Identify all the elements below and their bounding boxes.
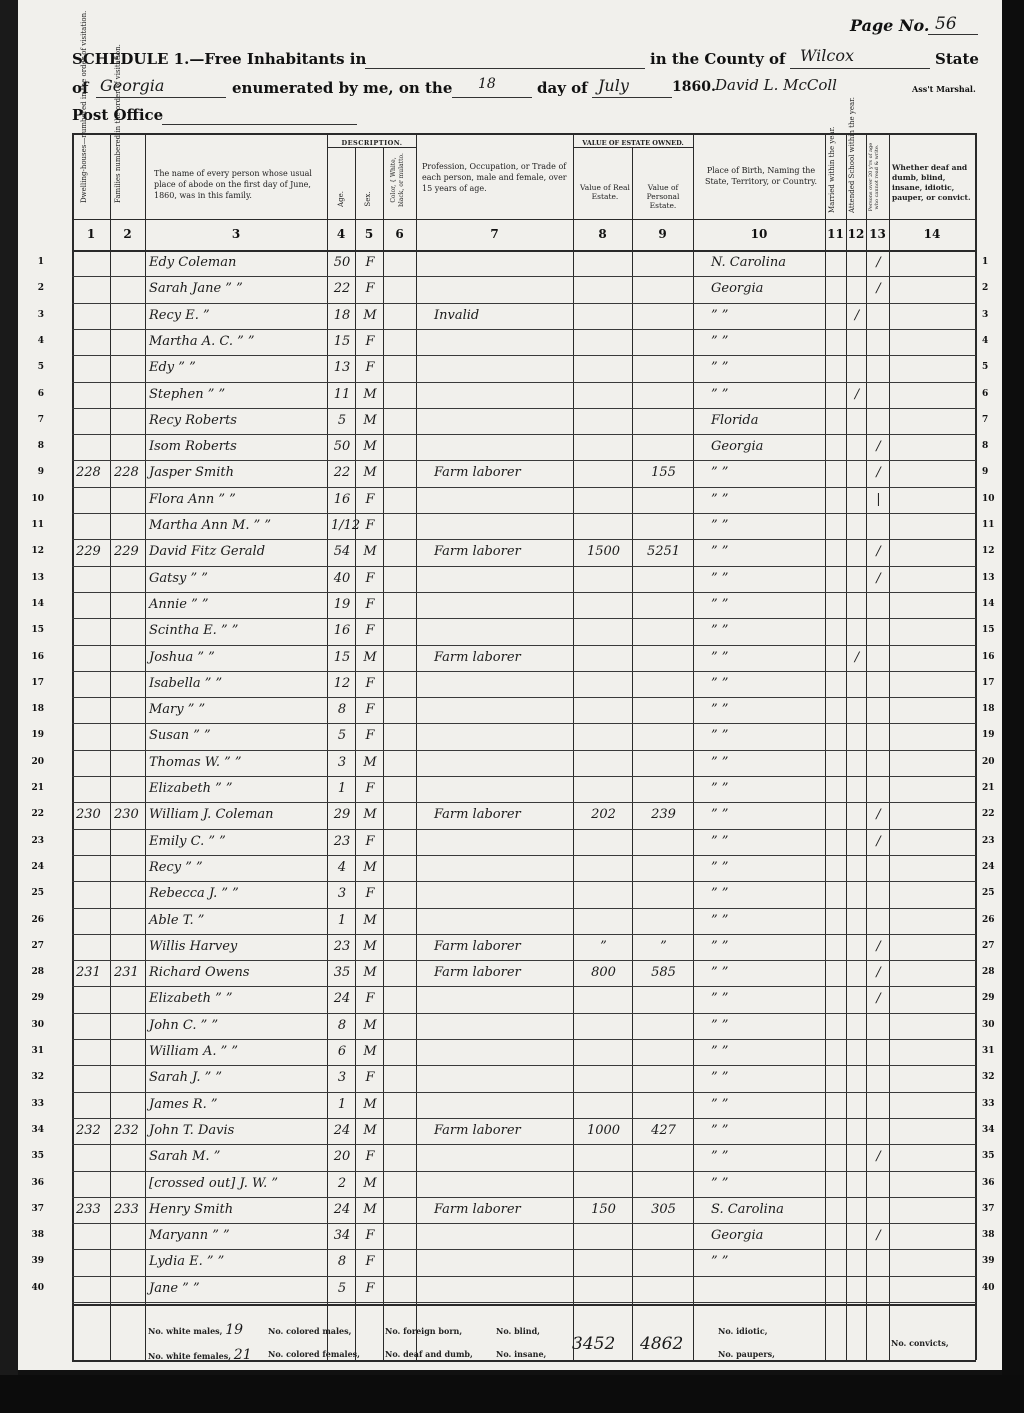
birthplace: ” ” <box>697 728 837 743</box>
row-number-left: 34 <box>24 1125 44 1135</box>
column-number-divider <box>72 250 976 252</box>
sex: F <box>359 623 381 638</box>
row-number-right: 37 <box>982 1204 1002 1214</box>
age: 18 <box>331 308 353 323</box>
row-number-right: 39 <box>982 1256 1002 1266</box>
person-name: Elizabeth ” ” <box>149 781 325 796</box>
row-number-left: 26 <box>24 915 44 925</box>
county-label: in the County of <box>650 50 786 68</box>
age: 5 <box>331 728 353 743</box>
row-number-right: 2 <box>982 283 1002 293</box>
birthplace: ” ” <box>697 492 837 507</box>
sex: F <box>359 1254 381 1269</box>
header-color: Color, { White, black, or mulatto. <box>390 149 406 211</box>
school-mark: / <box>850 308 864 323</box>
age: 20 <box>331 1149 353 1164</box>
person-name: John C. ” ” <box>149 1018 325 1033</box>
birthplace: ” ” <box>697 623 837 638</box>
row-number-right: 13 <box>982 573 1002 583</box>
person-name: Scintha E. ” ” <box>149 623 325 638</box>
personal-estate-total: 4862 <box>640 1334 683 1354</box>
blind-label: No. blind, <box>496 1326 540 1336</box>
person-name: Edy ” ” <box>149 360 325 375</box>
column-divider <box>846 133 847 1360</box>
scan-border-left <box>0 0 18 1413</box>
illiterate-mark: / <box>870 465 887 480</box>
dwelling-number: 232 <box>76 1123 108 1138</box>
header-dwelling: Dwelling-houses—numbered in the order of… <box>80 138 88 203</box>
age: 1 <box>331 913 353 928</box>
row-number-right: 14 <box>982 599 1002 609</box>
occupation: Farm laborer <box>420 939 585 954</box>
row-number-right: 18 <box>982 704 1002 714</box>
birthplace: ” ” <box>697 1044 837 1059</box>
illiterate-mark: / <box>870 1228 887 1243</box>
column-number: 2 <box>110 227 145 241</box>
sex: M <box>359 1097 381 1112</box>
row-number-right: 3 <box>982 310 1002 320</box>
person-name: Annie ” ” <box>149 597 325 612</box>
row-number-right: 10 <box>982 494 1002 504</box>
row-number-left: 37 <box>24 1204 44 1214</box>
person-name: Sarah J. ” ” <box>149 1070 325 1085</box>
row-number-left: 25 <box>24 888 44 898</box>
white-males-label: No. white males, 19 <box>148 1322 243 1338</box>
county-value: Wilcox <box>800 46 854 65</box>
white-females-label-text: No. white females, <box>148 1351 231 1361</box>
real-estate-value: ” <box>577 939 630 954</box>
age: 54 <box>331 544 353 559</box>
sex: M <box>359 860 381 875</box>
header-personal-estate: Value of Personal Estate. <box>634 183 692 210</box>
row-divider <box>72 460 976 461</box>
row-number-right: 30 <box>982 1020 1002 1030</box>
sex: F <box>359 518 381 533</box>
person-name: Jane ” ” <box>149 1281 325 1296</box>
birthplace: ” ” <box>697 781 837 796</box>
column-divider <box>110 133 111 1360</box>
sex: M <box>359 465 381 480</box>
month-value: July <box>598 76 629 95</box>
real-estate-value: 150 <box>577 1202 630 1217</box>
row-number-left: 13 <box>24 573 44 583</box>
header-illiterate: Persons over 20 y'rs of age who cannot r… <box>868 141 880 213</box>
row-number-right: 24 <box>982 862 1002 872</box>
row-divider <box>72 776 976 777</box>
row-divider <box>72 303 976 304</box>
sex: M <box>359 387 381 402</box>
row-number-right: 26 <box>982 915 1002 925</box>
person-name: Isabella ” ” <box>149 676 325 691</box>
personal-estate-value: ” <box>636 939 691 954</box>
day-underline <box>452 97 532 98</box>
sex: M <box>359 1044 381 1059</box>
age: 19 <box>331 597 353 612</box>
column-number: 1 <box>72 227 110 241</box>
age: 5 <box>331 1281 353 1296</box>
header-married: Married within the year. <box>828 141 836 213</box>
occupation: Invalid <box>420 308 585 323</box>
row-number-right: 21 <box>982 783 1002 793</box>
row-number-right: 15 <box>982 625 1002 635</box>
person-name: Martha Ann M. ” ” <box>149 518 325 533</box>
row-divider <box>72 934 976 935</box>
sex: F <box>359 991 381 1006</box>
row-divider <box>72 908 976 909</box>
row-divider <box>72 513 976 514</box>
age: 1 <box>331 781 353 796</box>
real-estate-value: 1000 <box>577 1123 630 1138</box>
age: 22 <box>331 281 353 296</box>
row-divider <box>72 487 976 488</box>
sex: F <box>359 886 381 901</box>
header-disability: Whether deaf and dumb, blind, insane, id… <box>892 163 974 203</box>
row-number-right: 38 <box>982 1230 1002 1240</box>
description-group-divider <box>327 147 416 148</box>
row-number-right: 16 <box>982 652 1002 662</box>
age: 15 <box>331 334 353 349</box>
family-number: 232 <box>114 1123 143 1138</box>
dwelling-number: 229 <box>76 544 108 559</box>
census-table: Dwelling-houses—numbered in the order of… <box>72 133 976 1366</box>
age: 11 <box>331 387 353 402</box>
birthplace: ” ” <box>697 334 837 349</box>
person-name: Sarah Jane ” ” <box>149 281 325 296</box>
row-number-right: 17 <box>982 678 1002 688</box>
birthplace: ” ” <box>697 544 837 559</box>
age: 24 <box>331 1202 353 1217</box>
row-divider <box>72 671 976 672</box>
row-number-right: 12 <box>982 546 1002 556</box>
row-number-right: 40 <box>982 1283 1002 1293</box>
row-divider <box>72 750 976 751</box>
row-number-right: 6 <box>982 389 1002 399</box>
row-number-right: 28 <box>982 967 1002 977</box>
sex: M <box>359 965 381 980</box>
row-divider <box>72 1276 976 1277</box>
white-males-label-text: No. white males, <box>148 1326 222 1336</box>
age: 34 <box>331 1228 353 1243</box>
birthplace: ” ” <box>697 360 837 375</box>
header-age: Age. <box>337 187 345 211</box>
age: 29 <box>331 807 353 822</box>
birthplace: ” ” <box>697 1018 837 1033</box>
row-divider <box>72 1197 976 1198</box>
row-divider <box>72 408 976 409</box>
age: 8 <box>331 1018 353 1033</box>
row-number-left: 17 <box>24 678 44 688</box>
person-name: Susan ” ” <box>149 728 325 743</box>
row-number-left: 38 <box>24 1230 44 1240</box>
column-number: 14 <box>889 227 975 241</box>
white-females-label: No. white females, 21 <box>148 1347 252 1363</box>
row-number-left: 9 <box>24 467 44 477</box>
row-number-right: 20 <box>982 757 1002 767</box>
footer-top-border <box>72 1304 976 1306</box>
header-sex: Sex. <box>364 187 372 211</box>
family-number: 229 <box>114 544 143 559</box>
row-divider <box>72 539 976 540</box>
birthplace: Florida <box>697 413 837 428</box>
age: 15 <box>331 650 353 665</box>
birthplace: Georgia <box>697 1228 837 1243</box>
white-males-value: 19 <box>225 1322 243 1338</box>
row-number-right: 22 <box>982 809 1002 819</box>
column-number: 12 <box>846 227 866 241</box>
row-number-right: 5 <box>982 362 1002 372</box>
illiterate-mark: / <box>870 281 887 296</box>
year-value: 1860. <box>672 79 716 95</box>
row-divider <box>72 1092 976 1093</box>
sex: M <box>359 413 381 428</box>
birthplace: ” ” <box>697 834 837 849</box>
birthplace: ” ” <box>697 1176 837 1191</box>
page-number-underline <box>928 34 978 35</box>
state-label: State <box>935 50 979 68</box>
enumerated-label: enumerated by me, on the <box>232 79 452 97</box>
age: 50 <box>331 439 353 454</box>
occupation: Farm laborer <box>420 544 585 559</box>
row-number-left: 1 <box>24 257 44 267</box>
state-value: Georgia <box>100 76 164 95</box>
month-underline <box>592 97 672 98</box>
person-name: Edy Coleman <box>149 255 325 270</box>
row-number-right: 35 <box>982 1151 1002 1161</box>
illiterate-mark: / <box>870 439 887 454</box>
person-name: John T. Davis <box>149 1123 325 1138</box>
dwelling-number: 228 <box>76 465 108 480</box>
sex: F <box>359 360 381 375</box>
column-number: 11 <box>825 227 846 241</box>
row-number-right: 11 <box>982 520 1002 530</box>
column-divider <box>72 133 74 1360</box>
age: 6 <box>331 1044 353 1059</box>
sex: F <box>359 834 381 849</box>
dwelling-number: 230 <box>76 807 108 822</box>
row-divider <box>72 1302 976 1303</box>
birthplace: ” ” <box>697 965 837 980</box>
row-number-right: 8 <box>982 441 1002 451</box>
row-number-left: 8 <box>24 441 44 451</box>
birthplace: ” ” <box>697 1149 837 1164</box>
marshal-name: David L. McColl <box>715 76 837 94</box>
row-number-right: 31 <box>982 1046 1002 1056</box>
age: 12 <box>331 676 353 691</box>
row-number-left: 5 <box>24 362 44 372</box>
row-divider <box>72 1171 976 1172</box>
age: 3 <box>331 755 353 770</box>
age: 2 <box>331 1176 353 1191</box>
sex: M <box>359 1202 381 1217</box>
age: 40 <box>331 571 353 586</box>
person-name: Sarah M. ” <box>149 1149 325 1164</box>
age: 1/12 <box>331 518 353 533</box>
row-number-left: 18 <box>24 704 44 714</box>
birthplace: S. Carolina <box>697 1202 837 1217</box>
estate-group-divider <box>573 147 693 148</box>
sex: M <box>359 755 381 770</box>
birthplace: ” ” <box>697 1123 837 1138</box>
birthplace: N. Carolina <box>697 255 837 270</box>
person-name: Recy ” ” <box>149 860 325 875</box>
column-number: 5 <box>355 227 383 241</box>
personal-estate-value: 5251 <box>636 544 691 559</box>
column-number: 10 <box>693 227 825 241</box>
illiterate-mark: / <box>870 807 887 822</box>
birthplace: Georgia <box>697 439 837 454</box>
personal-estate-value: 239 <box>636 807 691 822</box>
illiterate-mark: / <box>870 1149 887 1164</box>
row-divider <box>72 645 976 646</box>
row-number-left: 29 <box>24 993 44 1003</box>
person-name: Emily C. ” ” <box>149 834 325 849</box>
birthplace: ” ” <box>697 702 837 717</box>
row-divider <box>72 566 976 567</box>
sex: M <box>359 1176 381 1191</box>
sex: F <box>359 597 381 612</box>
page-number: 56 <box>935 14 957 34</box>
sex: M <box>359 807 381 822</box>
person-name: Willis Harvey <box>149 939 325 954</box>
person-name: Jasper Smith <box>149 465 325 480</box>
person-name: Recy Roberts <box>149 413 325 428</box>
row-divider <box>72 276 976 277</box>
sex: F <box>359 1281 381 1296</box>
person-name: Stephen ” ” <box>149 387 325 402</box>
person-name: Isom Roberts <box>149 439 325 454</box>
school-mark: / <box>850 650 864 665</box>
family-number: 233 <box>114 1202 143 1217</box>
age: 22 <box>331 465 353 480</box>
row-number-right: 36 <box>982 1178 1002 1188</box>
row-divider <box>72 1144 976 1145</box>
birthplace: ” ” <box>697 676 837 691</box>
sex: F <box>359 281 381 296</box>
sex: F <box>359 728 381 743</box>
row-number-left: 30 <box>24 1020 44 1030</box>
row-number-right: 9 <box>982 467 1002 477</box>
column-divider <box>145 133 146 1360</box>
person-name: [crossed out] J. W. ” <box>149 1176 325 1191</box>
row-number-left: 40 <box>24 1283 44 1293</box>
row-divider <box>72 829 976 830</box>
row-divider <box>72 1013 976 1014</box>
row-number-left: 35 <box>24 1151 44 1161</box>
row-number-left: 7 <box>24 415 44 425</box>
row-number-left: 15 <box>24 625 44 635</box>
birthplace: ” ” <box>697 939 837 954</box>
person-name: James R. ” <box>149 1097 325 1112</box>
row-divider <box>72 1223 976 1224</box>
age: 23 <box>331 834 353 849</box>
header-name: The name of every person whose usual pla… <box>154 168 324 201</box>
person-name: Gatsy ” ” <box>149 571 325 586</box>
school-mark: / <box>850 387 864 402</box>
row-divider <box>72 434 976 435</box>
row-number-left: 4 <box>24 336 44 346</box>
birthplace: ” ” <box>697 308 837 323</box>
occupation: Farm laborer <box>420 1202 585 1217</box>
person-name: William A. ” ” <box>149 1044 325 1059</box>
deaf-dumb-label: No. deaf and dumb, <box>385 1349 473 1359</box>
sex: F <box>359 571 381 586</box>
row-divider <box>72 986 976 987</box>
age: 3 <box>331 886 353 901</box>
age: 4 <box>331 860 353 875</box>
white-females-value: 21 <box>234 1347 252 1363</box>
sex: F <box>359 1149 381 1164</box>
sex: F <box>359 492 381 507</box>
row-divider <box>72 1249 976 1250</box>
illiterate-mark: / <box>870 571 887 586</box>
column-divider <box>693 133 694 1360</box>
birthplace: ” ” <box>697 571 837 586</box>
row-number-left: 31 <box>24 1046 44 1056</box>
sex: F <box>359 1228 381 1243</box>
convicts-label: No. convicts, <box>891 1338 949 1348</box>
row-number-left: 21 <box>24 783 44 793</box>
birthplace: ” ” <box>697 650 837 665</box>
person-name: Able T. ” <box>149 913 325 928</box>
row-number-right: 7 <box>982 415 1002 425</box>
sex: F <box>359 334 381 349</box>
county-underline <box>790 68 930 69</box>
age: 50 <box>331 255 353 270</box>
sex: F <box>359 1070 381 1085</box>
person-name: Lydia E. ” ” <box>149 1254 325 1269</box>
row-divider <box>72 329 976 330</box>
header-real-estate: Value of Real Estate. <box>578 183 632 201</box>
column-number: 6 <box>383 227 416 241</box>
page-number-label: Page No. <box>850 16 930 35</box>
birthplace: ” ” <box>697 807 837 822</box>
colored-females-label: No. colored females, <box>268 1349 360 1359</box>
sex: M <box>359 1018 381 1033</box>
sex: M <box>359 544 381 559</box>
person-name: William J. Coleman <box>149 807 325 822</box>
illiterate-mark: / <box>870 991 887 1006</box>
row-number-left: 3 <box>24 310 44 320</box>
person-name: Mary ” ” <box>149 702 325 717</box>
family-number: 231 <box>114 965 143 980</box>
table-top-border <box>72 133 976 135</box>
age: 16 <box>331 623 353 638</box>
row-number-right: 29 <box>982 993 1002 1003</box>
age: 24 <box>331 991 353 1006</box>
row-number-right: 1 <box>982 257 1002 267</box>
occupation: Farm laborer <box>420 807 585 822</box>
row-number-left: 20 <box>24 757 44 767</box>
person-name: Rebecca J. ” ” <box>149 886 325 901</box>
illiterate-mark: / <box>870 834 887 849</box>
column-number: 4 <box>327 227 355 241</box>
family-number: 230 <box>114 807 143 822</box>
row-divider <box>72 697 976 698</box>
person-name: David Fitz Gerald <box>149 544 325 559</box>
birthplace: ” ” <box>697 1097 837 1112</box>
person-name: Thomas W. ” ” <box>149 755 325 770</box>
row-divider <box>72 1039 976 1040</box>
scan-border-bottom <box>0 1375 1024 1413</box>
column-number: 8 <box>573 227 632 241</box>
personal-estate-value: 585 <box>636 965 691 980</box>
header-school: Attended School within the year. <box>848 141 856 213</box>
person-name: Elizabeth ” ” <box>149 991 325 1006</box>
row-divider <box>72 618 976 619</box>
row-number-left: 32 <box>24 1072 44 1082</box>
real-estate-value: 800 <box>577 965 630 980</box>
person-name: Joshua ” ” <box>149 650 325 665</box>
